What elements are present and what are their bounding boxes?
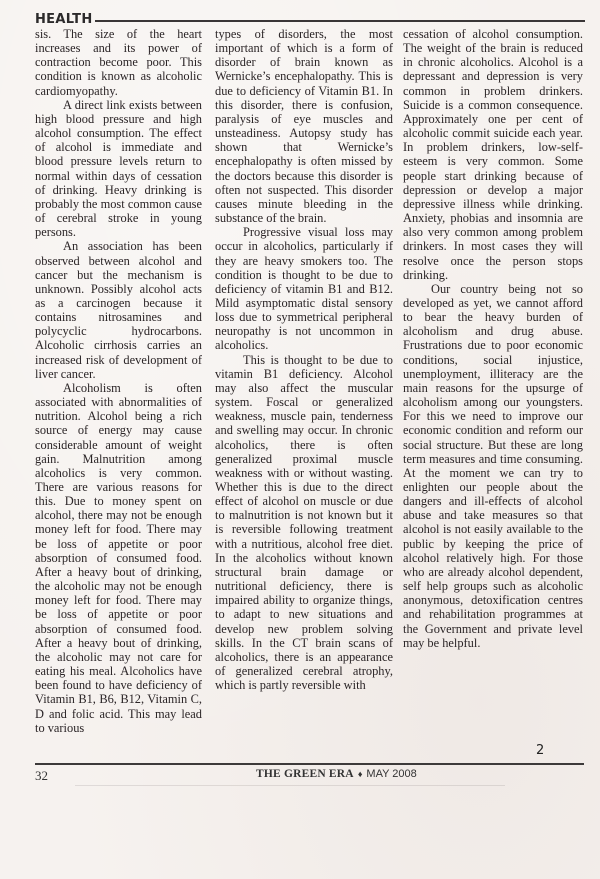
footer-rule (35, 763, 584, 765)
footer-masthead: THE GREEN ERA ♦ MAY 2008 (256, 768, 417, 780)
paragraph: cessation of alcohol consumption. The we… (403, 27, 583, 282)
paragraph: types of disorders, the most important o… (215, 27, 393, 225)
page-number: 32 (35, 768, 48, 784)
column-3: cessation of alcohol consumption. The we… (403, 27, 583, 762)
header-rule (95, 20, 585, 22)
drop-icon: ♦ (358, 769, 363, 779)
article-body: sis. The size of the heart increases and… (35, 27, 583, 762)
paragraph: sis. The size of the heart increases and… (35, 27, 202, 98)
section-header: HEALTH (35, 13, 585, 27)
column-1: sis. The size of the heart increases and… (35, 27, 202, 762)
paragraph: A direct link exists between high blood … (35, 98, 202, 240)
issue-date: MAY 2008 (366, 768, 416, 780)
column-2: types of disorders, the most important o… (215, 27, 393, 762)
paragraph: Our country being not so developed as ye… (403, 282, 583, 650)
paragraph: This is thought to be due to vitamin B1 … (215, 353, 393, 693)
publication-name: THE GREEN ERA (256, 768, 354, 780)
paragraph: Progressive visual loss may occur in alc… (215, 225, 393, 352)
paragraph: Alcoholism is often associated with abno… (35, 381, 202, 735)
section-label: HEALTH (35, 13, 93, 27)
paragraph: An association has been observed between… (35, 239, 202, 381)
handwritten-mark: 2 (536, 743, 544, 758)
faint-show-through-rule (75, 785, 505, 786)
